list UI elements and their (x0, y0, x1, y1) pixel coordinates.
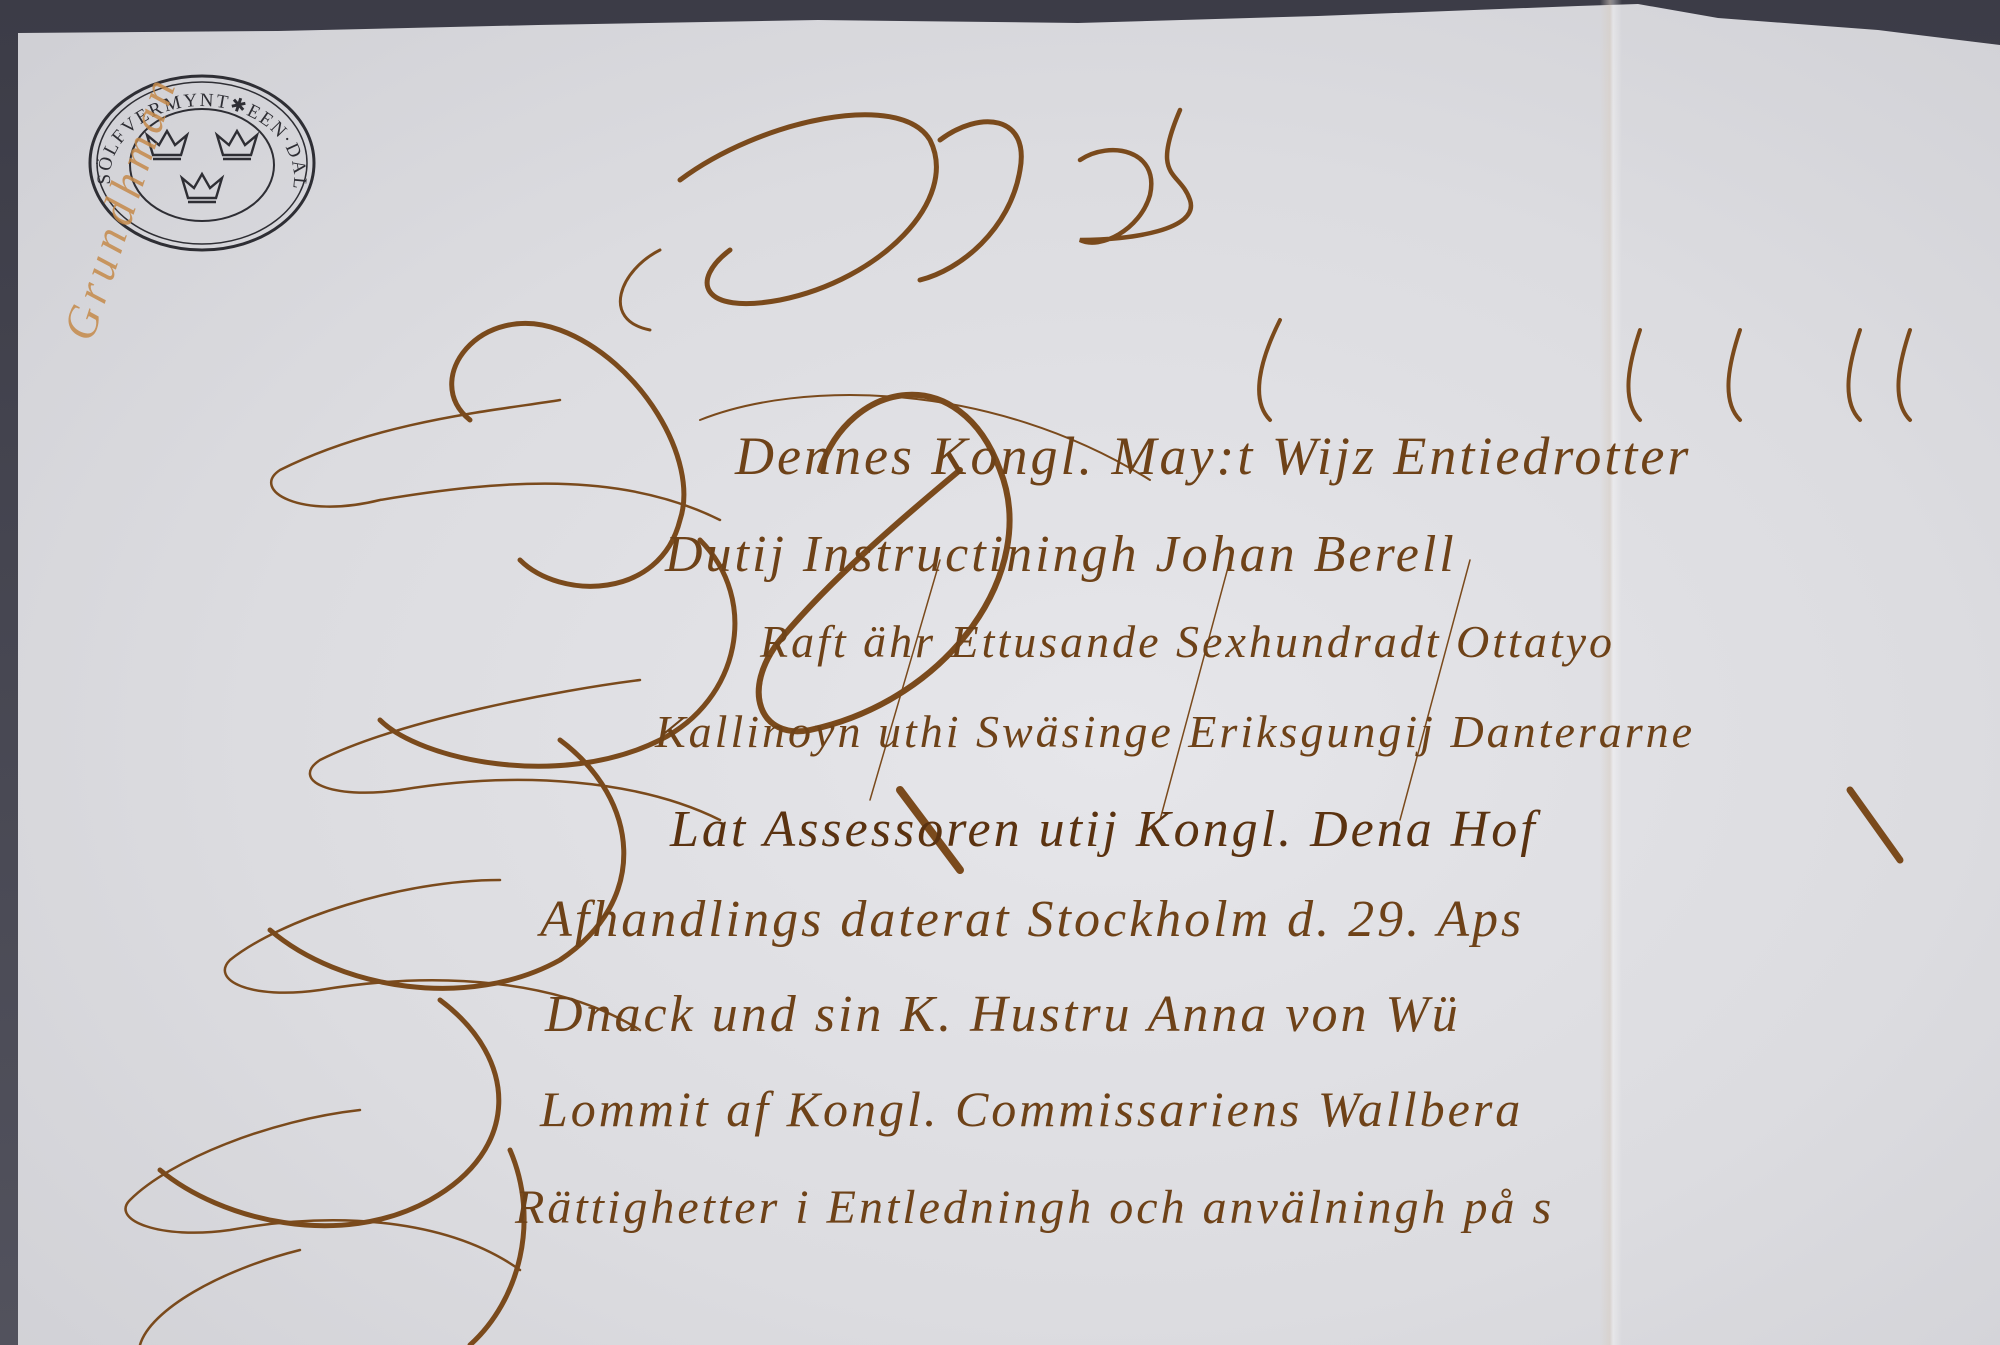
manuscript-line-8: Lommit af Kongl. Commissariens Wallbera (540, 1080, 1523, 1138)
manuscript-line-3: Raft ähr Ettusande Sexhundradt Ottatyo (760, 615, 1615, 668)
manuscript-line-2: Dutij Instructiningh Johan Berell (665, 525, 1457, 584)
paper-fold-crease (1600, 0, 1622, 1345)
manuscript-line-9: Rättighetter i Entledningh och anvälning… (515, 1180, 1554, 1235)
manuscript-line-1: Dennes Kongl. May:t Wijz Entiedrotter (735, 425, 1691, 487)
manuscript-line-7: Dnack und sin K. Hustru Anna von Wü (545, 985, 1461, 1044)
manuscript-line-4: Kallinoyn uthi Swäsinge Eriksgungij Dant… (655, 705, 1695, 758)
manuscript-line-5: Lat Assessoren utij Kongl. Dena Hof (670, 800, 1538, 859)
manuscript-line-6: Afhandlings daterat Stockholm d. 29. Aps (540, 890, 1524, 949)
